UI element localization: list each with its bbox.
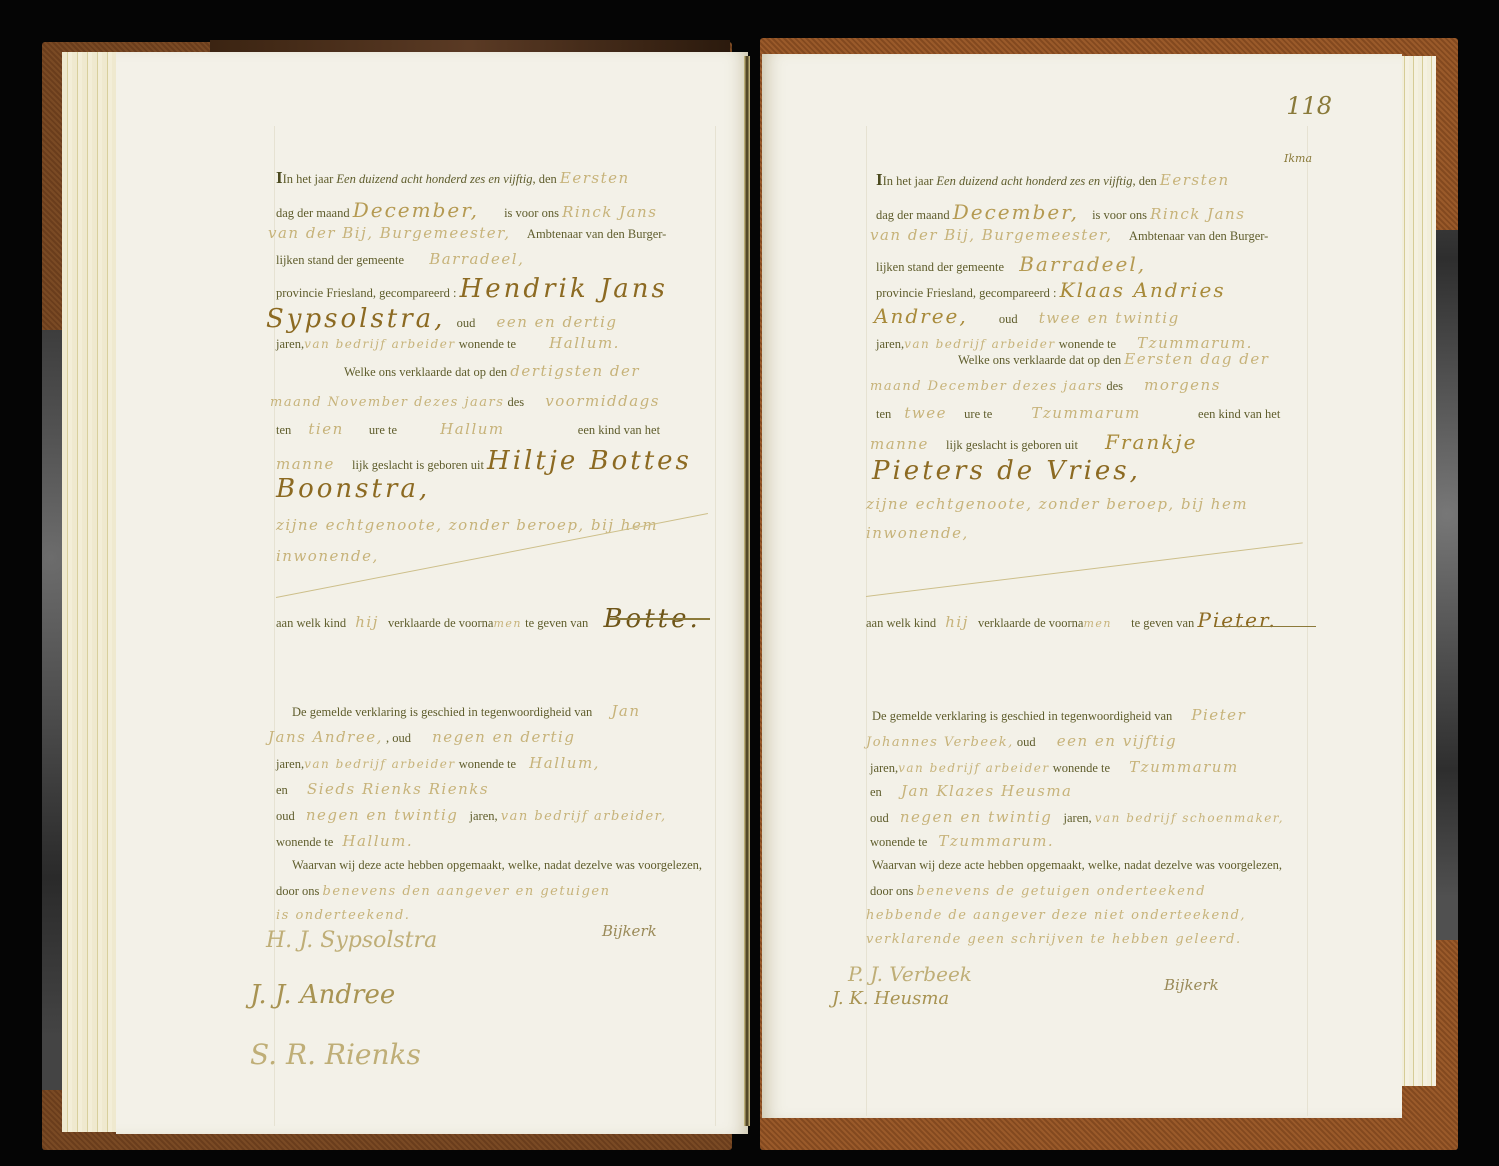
witness1-residence-line: jaren,van bedrijf arbeider wonende te Ha… [276,754,600,772]
signature-official: Bijkerk [1164,976,1219,994]
record-line-10: ten tien ure te Hallum een kind van het [276,420,660,438]
margin-note: Ikma [1284,152,1312,165]
handwritten-mother-surname: Pieters de Vries, [872,456,1141,486]
signature-2: J. K. Heusma [832,988,949,1009]
handwritten-hour: twee [904,404,947,422]
handwritten-witness1-name: Johannes Verbeek, [866,735,1014,750]
left-page: IIn het jaar Een duizend acht honderd ze… [116,52,748,1134]
record-line-6: Sypsolstra, oud een en dertig [266,304,618,334]
signature-3: S. R. Rienks [250,1038,421,1071]
handwritten-birth-day: dertigsten der [510,362,640,380]
record-line-4: lijken stand der gemeente Barradeel, [276,250,524,268]
record-line-11: manne lijk geslacht is geboren uit Hiltj… [276,446,692,476]
record-line-12: Boonstra, [276,474,430,504]
initial-letter: I [276,168,283,187]
handwritten-sex: manne [870,435,929,453]
handwritten-month: December, [353,198,479,222]
witness2-residence-line: wonende te Tzummarum. [870,832,1054,850]
witness2-residence-line: wonende te Hallum. [276,832,413,850]
right-page: 118 Ikma IIn het jaar Een duizend acht h… [762,54,1402,1118]
handwritten-municipality: Barradeel, [429,250,524,268]
witness1-line: Johannes Verbeek, oud een en vijftig [866,732,1177,750]
record-line-3: van der Bij, Burgemeester, Ambtenaar van… [268,224,666,242]
record-line-2: dag der maand December, is voor ons Rinc… [276,198,657,222]
handwritten-age: twee en twintig [1039,309,1180,327]
record-line-13: zijne echtgenoote, zonder beroep, bij he… [276,510,716,572]
witness-intro: De gemelde verklaring is geschied in teg… [872,706,1246,724]
handwritten-witness2-name: Jan Klazes Heusma [901,782,1073,800]
child-name-underline [1216,626,1316,627]
handwritten-official-title: van der Bij, Burgemeester, [268,224,510,242]
handwritten-mother-details: zijne echtgenoote, zonder beroep, bij he… [276,516,658,565]
handwritten-official: Rinck Jans [1150,205,1245,223]
handwritten-occupation: van bedrijf arbeider [904,337,1056,351]
record-line-1: IIn het jaar Een duizend acht honderd ze… [276,168,630,188]
closing-hw-line-2: is onderteekend. [276,908,410,923]
handwritten-mother-name: Hiltje Bottes [487,446,692,476]
handwritten-witness1-age: een en vijftig [1057,732,1177,750]
witness2-age-line: oud negen en twintig jaren, van bedrijf … [276,806,667,824]
record-line-5: provincie Friesland, gecompareerd : Klaa… [876,278,1226,302]
record-line-7: jaren,van bedrijf arbeider wonende te Ha… [276,334,620,352]
closing-hw-line-2: hebbende de aangever deze niet onderteek… [866,908,1246,923]
signature-1: P. J. Verbeek [848,962,972,986]
record-line-12: Pieters de Vries, [872,456,1141,486]
record-line-11: manne lijk geslacht is geboren uit Frank… [870,430,1197,454]
record-line-8: Welke ons verklaarde dat op den Eersten … [958,350,1269,368]
witness2-age-line: oud negen en twintig jaren, van bedrijf … [870,808,1284,826]
record-line-1: IIn het jaar Een duizend acht honderd ze… [876,170,1230,190]
handwritten-day: Eersten [1160,171,1230,189]
witness-intro: De gemelde verklaring is geschied in teg… [292,702,641,720]
witness2-line: en Jan Klazes Heusma [870,782,1073,800]
handwritten-municipality: Barradeel, [1019,252,1146,276]
handwritten-father-name: Hendrik Jans [460,274,668,304]
page-stack-right [1400,56,1436,1086]
initial-letter: I [876,170,883,189]
record-line-6: Andree, oud twee en twintig [874,304,1180,328]
marbled-endpaper-right [1436,230,1458,940]
handwritten-witness2-name: Sieds Rienks Rienks [307,780,489,798]
page-stack-left [62,52,120,1132]
handwritten-occupation: van bedrijf arbeider [304,337,456,351]
handwritten-sex: manne [276,455,335,473]
handwritten-father-name: Klaas Andries [1060,278,1226,302]
handwritten-witness1-age: negen en dertig [432,728,575,746]
handwritten-father-surname: Andree, [874,304,968,328]
record-line-5: provincie Friesland, gecompareerd : Hend… [276,274,668,304]
handwritten-birth-month: maand December dezes jaars [870,379,1103,394]
witness1-line: Jans Andree, , oud negen en dertig [268,728,575,746]
record-line-9: maand November dezes jaars des voormidda… [270,392,660,410]
handwritten-hour: tien [308,420,343,438]
handwritten-mother-name: Frankje [1105,430,1197,454]
handwritten-time-of-day: voormiddags [545,392,660,410]
record-line-13: zijne echtgenoote, zonder beroep, bij he… [866,490,1306,548]
closing-line: Waarvan wij deze acte hebben opgemaakt, … [292,858,702,873]
handwritten-birth-month: maand November dezes jaars [270,395,504,410]
record-line-2: dag der maand December, is voor ons Rinc… [876,200,1245,224]
record-line-4: lijken stand der gemeente Barradeel, [876,252,1146,276]
signature-1: H. J. Sypsolstra [266,928,437,953]
closing-line: Waarvan wij deze acte hebben opgemaakt, … [872,858,1282,873]
book-gutter [744,56,750,1126]
closing-hw-line-1: door ons benevens den aangever en getuig… [276,884,610,899]
handwritten-age: een en dertig [496,313,617,331]
handwritten-official-title: van der Bij, Burgemeester, [870,226,1112,244]
closing-hw-line-1: door ons benevens de getuigen onderteeke… [870,884,1206,899]
handwritten-time-of-day: morgens [1144,376,1221,394]
record-line-9: maand December dezes jaars des morgens [870,376,1221,394]
handwritten-month: December, [953,200,1079,224]
record-line-10: ten twee ure te Tzummarum een kind van h… [876,404,1280,422]
record-line-8: Welke ons verklaarde dat op den dertigst… [344,362,640,380]
handwritten-official: Rinck Jans [562,203,657,221]
witness2-line: en Sieds Rienks Rienks [276,780,489,798]
closing-hw-line-3: verklarende geen schrijven te hebben gel… [866,932,1242,947]
page-number: 118 [1286,92,1332,120]
handwritten-mother-details: zijne echtgenoote, zonder beroep, bij he… [866,495,1248,542]
marbled-endpaper-left [42,330,64,1090]
signature-2: J. J. Andree [250,980,395,1010]
record-line-3: van der Bij, Burgemeester, Ambtenaar van… [870,226,1268,244]
naming-line: aan welk kind hij verklaarde de voorname… [866,608,1277,632]
handwritten-birth-day: Eersten dag der [1124,350,1269,368]
witness1-residence-line: jaren,van bedrijf arbeider wonende te Tz… [870,758,1239,776]
signature-official: Bijkerk [602,922,657,940]
handwritten-birthplace: Tzummarum [1031,404,1141,422]
handwritten-mother-surname: Boonstra, [276,474,430,504]
handwritten-father-surname: Sypsolstra, [266,304,445,334]
handwritten-day: Eersten [560,169,630,187]
handwritten-birthplace: Hallum [440,420,505,438]
handwritten-child-name: Pieter. [1197,608,1276,632]
child-name-underline [610,618,710,620]
handwritten-witness1-name: Jans Andree, [268,728,383,746]
handwritten-residence: Hallum. [549,334,620,352]
